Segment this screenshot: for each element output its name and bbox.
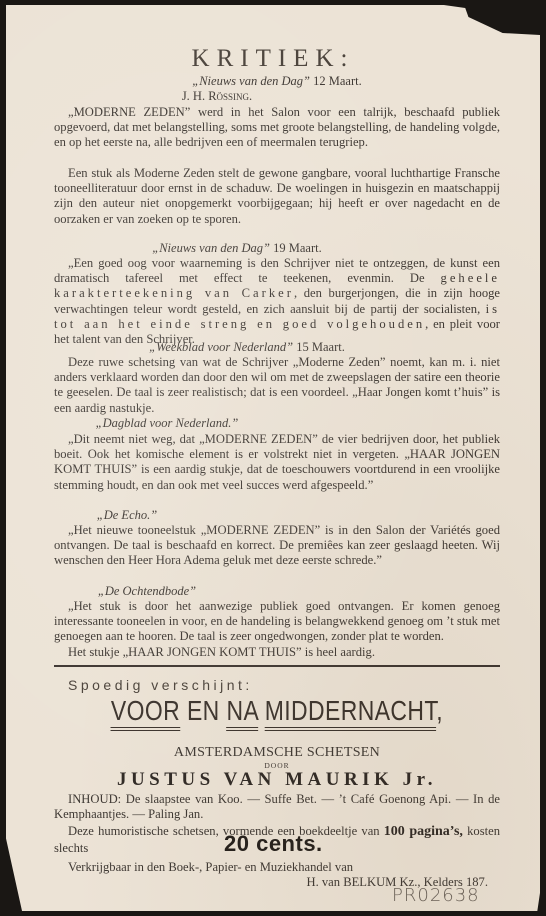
source-date: 15 Maart.	[296, 340, 345, 354]
review-paragraph: Een stuk als Moderne Zeden stelt de gewo…	[54, 166, 500, 227]
book-author: JUSTUS VAN MAURIK Jr.	[54, 769, 500, 791]
review-author: J. H. Rössing.	[0, 89, 440, 104]
review-paragraph: „Het stuk is door het aanwezige publiek …	[54, 599, 500, 645]
review-paragraph: „Het nieuwe tooneelstuk „MODERNE ZEDEN” …	[54, 523, 500, 569]
source-name: „De Echo.”	[97, 508, 157, 522]
review-source: „Nieuws van den Dag” 19 Maart.	[14, 241, 460, 256]
review-source: „De Echo.”	[0, 508, 350, 523]
book-title: VOOR EN NA MIDDERNACHT,	[94, 695, 460, 727]
divider	[54, 665, 500, 667]
source-name: „Weekblad voor Nederland”	[149, 340, 293, 354]
page-count: 100 pagina’s,	[384, 824, 463, 839]
review-paragraph: „Dit neemt niet weg, dat „MODERNE ZEDEN”…	[54, 432, 500, 493]
title-word: NA	[226, 695, 257, 731]
title-word: VOOR	[111, 695, 180, 731]
source-date: 12 Maart.	[313, 74, 362, 88]
review-source: „Nieuws van den Dag” 12 Maart.	[54, 74, 500, 89]
document-page: KRITIEK: „Nieuws van den Dag” 12 Maart. …	[6, 5, 540, 911]
source-name: „De Ochtendbode”	[98, 584, 196, 598]
book-contents: INHOUD: De slaapstee van Koo. — Suffe Be…	[54, 792, 500, 822]
text-run: „Een goed oog voor waarneming is den Sch…	[54, 256, 500, 285]
book-price: 20 cents.	[224, 831, 323, 857]
source-name: „Dagblad voor Nederland.”	[96, 416, 239, 430]
title-word: MIDDERNACHT	[265, 695, 437, 731]
review-source: „Dagblad voor Nederland.”	[0, 416, 390, 431]
title-word: EN	[187, 695, 220, 726]
review-paragraph: „MODERNE ZEDEN” werd in het Salon voor e…	[54, 105, 500, 151]
announcement-lead: Spoedig verschijnt:	[68, 677, 514, 693]
review-paragraph: Het stukje „HAAR JONGEN KOMT THUIS” is h…	[54, 645, 500, 660]
page-title: KRITIEK:	[6, 45, 540, 73]
book-subtitle: AMSTERDAMSCHE SCHETSEN	[54, 745, 500, 761]
availability: Verkrijgbaar in den Boek-, Papier- en Mu…	[54, 860, 500, 875]
source-date: 19 Maart.	[273, 241, 322, 255]
title-comma: ,	[436, 695, 443, 726]
review-source: „De Ochtendbode”	[0, 584, 370, 599]
review-paragraph: Deze ruwe schetsing van wat de Schrijver…	[54, 355, 500, 416]
source-name: „Nieuws van den Dag”	[192, 74, 310, 88]
archive-mark: PR02638	[392, 885, 480, 906]
review-paragraph: „Een goed oog voor waarneming is den Sch…	[54, 256, 500, 347]
review-source: „Weekblad voor Nederland” 15 Maart.	[24, 340, 470, 355]
source-name: „Nieuws van den Dag”	[152, 241, 270, 255]
